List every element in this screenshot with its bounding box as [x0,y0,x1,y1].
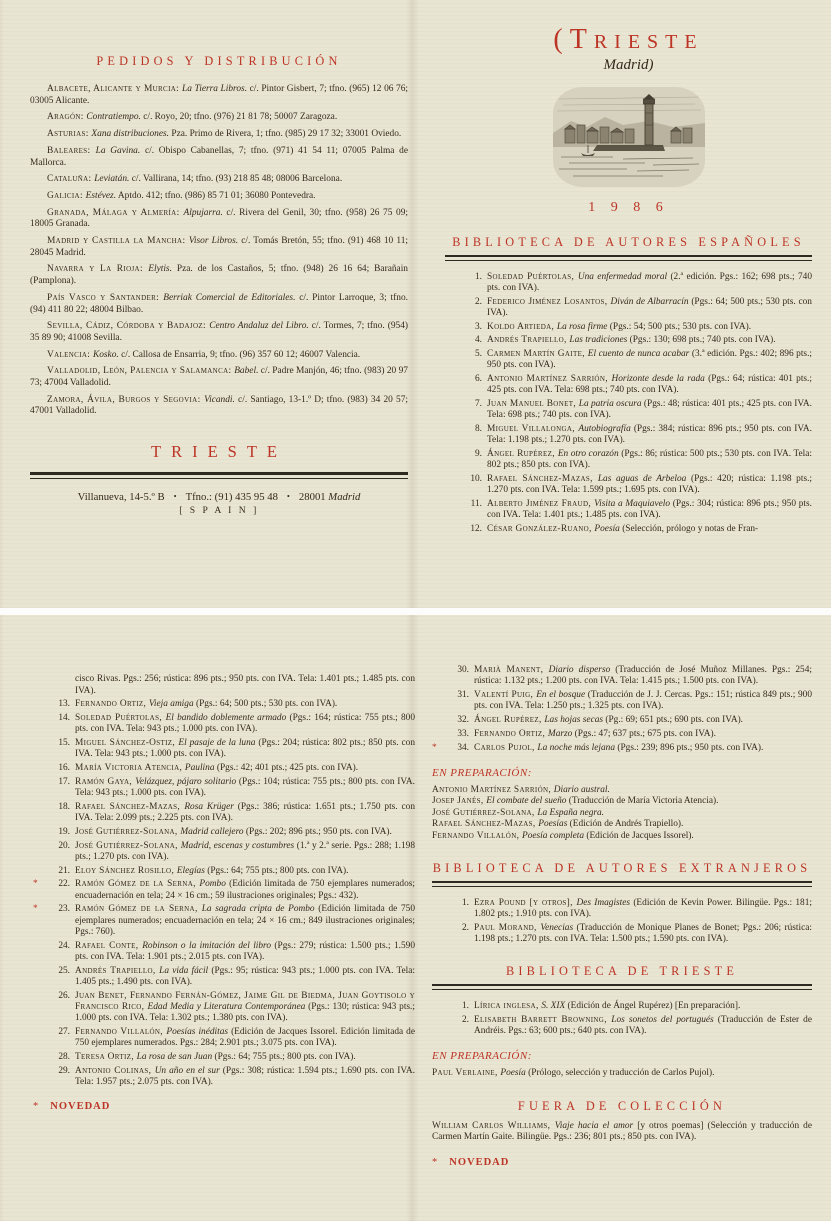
book-entry: Rafael Sánchez-Mazas, Rosa Krüger (Pgs.:… [75,802,415,825]
novelty-star [33,827,43,838]
distribution-region: Albacete, Alicante y Murcia: [47,84,182,94]
distribution-entry: Navarra y La Rioja: Elytis. Pza. de los … [30,264,408,287]
book-title: Vieja amiga [149,699,194,709]
book-author: Lírica inglesa, [474,1001,541,1011]
distribution-entry: País Vasco y Santander: Berriak Comercia… [30,293,408,316]
book-title: La España negra. [537,808,604,818]
distributor-name: La Tierra Libros. [182,84,247,94]
book-details: (Pgs.: 64; 755 pts.; 800 pts. con IVA). [205,866,349,876]
book-item: 28. Teresa Ortiz, La rosa de san Juan (P… [33,1052,415,1063]
book-title: Los sonetos del portugués [611,1015,713,1025]
book-author: Andrés Trapiello, [487,335,569,345]
book-item: 6. Antonio Martínez Sarrión, Horizonte d… [445,374,812,397]
book-author: Rafael Sánchez-Mazas, [75,802,184,812]
book-title: El bandido doblemente armado [166,713,287,723]
book-title: Des Imagistes [576,898,630,908]
distribution-region: Cataluña: [47,174,94,184]
book-title: Poesías [538,819,567,829]
book-author: Marià Manent, [474,665,549,675]
book-author: Valentí Puig, [474,690,536,700]
book-details: (Pgs.: 239; 896 pts.; 950 pts. con IVA). [615,743,763,753]
book-title: Marzo [548,729,572,739]
distribution-region: Baleares: [47,146,96,156]
novelty-star [33,1052,43,1063]
cover-title: (Trieste [445,24,812,56]
preparation-entry: Paul Verlaine, Poesía (Prólogo, selecció… [432,1068,812,1080]
distributor-address: c/. Royo, 20; tfno. (976) 21 81 78; 5000… [141,112,337,122]
distributor-name: Vicandi. [204,395,235,405]
book-author: Fernando Villalón, [75,1027,166,1037]
book-number: 14. [48,713,70,736]
novelty-star [432,1001,442,1012]
book-title: En otro corazón [558,449,619,459]
book-item: 3. Koldo Artieda, La rosa firme (Pgs.: 5… [445,322,812,333]
novelty-star [432,690,442,713]
book-item: 1. Soledad Puértolas, Una enfermedad mor… [445,272,812,295]
book-item: 29. Antonio Colinas, Un año en el sur (P… [33,1066,415,1089]
book-author: Ángel Rupérez, [474,715,544,725]
book-entry: Ramón Gaya, Velázquez, pájaro solitario … [75,777,415,800]
book-title: La sagrada cripta de Pombo [202,904,315,914]
book-number: 5. [460,349,482,372]
book-author: Ángel Rupérez, [487,449,558,459]
book-author: Rafael Sánchez-Mazas, [432,819,538,829]
publisher-address-line: Villanueva, 14-5.º B•Tfno.: (91) 435 95 … [30,491,408,503]
book-number: 13. [48,699,70,710]
novelty-star [432,715,442,726]
book-number: 3. [460,322,482,333]
book-author: Miguel Sánchez-Ostiz, [75,738,178,748]
distribution-entry: Cataluña: Leviatán. c/. Vallirana, 14; t… [30,174,408,186]
book-entry: Miguel Sánchez-Ostiz, El pasaje de la lu… [75,738,415,761]
book-title: La rosa firme [557,322,608,332]
novelty-star [445,399,455,422]
book-title: Viaje hacia el amor [555,1121,633,1131]
novelty-star: * [432,743,442,754]
book-entry: Valentí Puig, En el bosque (Traducción d… [474,690,812,713]
book-author: Ezra Pound [y otros], [474,898,576,908]
section-fuera-header: FUERA DE COLECCIÓN [432,1099,812,1114]
book-item: 2. Elisabeth Barrett Browning, Los sonet… [432,1015,812,1038]
book-details: (Pgs.: 130; 698 pts.; 740 pts. con IVA). [627,335,775,345]
novelty-label: NOVEDAD [50,1101,110,1112]
book-item: 24. Rafael Conte, Robinson o la imitació… [33,941,415,964]
novelty-star [432,1015,442,1038]
distributor-name: Visor Libros. [189,236,238,246]
novelty-star [33,738,43,761]
book-number: 20. [48,841,70,864]
novelty-star [33,1066,43,1089]
book-entry: José Gutiérrez-Solana, Madrid, escenas y… [75,841,415,864]
book-number: 1. [460,272,482,295]
book-title: Las aguas de Arbeloa [598,474,686,484]
book-title: El cuento de nunca acabar [588,349,690,359]
book-details: (Pgs.: 47; 637 pts.; 675 pts. con IVA). [572,729,716,739]
book-title: En el bosque [536,690,585,700]
novelty-star [445,449,455,472]
book-author: Antonio Martínez Sarrión, [432,785,554,795]
book-title: El pasaje de la luna [178,738,255,748]
novelty-star [432,729,442,740]
book-title: Poesías inéditas [166,1027,228,1037]
preparation-entry: Josep Janés, El combate del sueño (Tradu… [432,796,812,808]
book-title: Madrid callejero [180,827,243,837]
novelty-label: NOVEDAD [449,1157,509,1168]
book-number: 27. [48,1027,70,1050]
publisher-rule [30,472,408,479]
book-entry: Marià Manent, Diario disperso (Traducció… [474,665,812,688]
publisher-city: Madrid [328,491,360,503]
book-list-right-column: 30. Marià Manent, Diario disperso (Tradu… [432,665,812,1168]
book-author: Rafael Sánchez-Mazas, [487,474,598,484]
book-item: 8. Miguel Villalonga, Autobiografía (Pgs… [445,424,812,447]
book-entry: Federico Jiménez Losantos, Diván de Alba… [487,297,812,320]
book-author: María Victoria Atencia, [75,763,185,773]
book-entry: María Victoria Atencia, Paulina (Pgs.: 4… [75,763,415,774]
book-item: 33. Fernando Ortiz, Marzo (Pgs.: 47; 637… [432,729,812,740]
distribution-entry: Aragón: Contratiempo. c/. Royo, 20; tfno… [30,112,408,124]
harbor-engraving-illustration [553,87,705,187]
book-entry: César González-Ruano, Poesía (Selección,… [487,524,812,535]
distribution-region: Valladolid, León, Palencia y Salamanca: [47,366,234,376]
book-number: 26. [48,991,70,1025]
novelty-star: * [33,879,43,902]
book-number: 12. [460,524,482,535]
distributor-address: Pza. Primo de Rivera, 1; tfno. (985) 29 … [169,129,401,139]
book-number: 2. [447,923,469,946]
novelty-star [33,941,43,964]
book-title: Horizonte desde la rada [612,374,705,384]
book-item: 15. Miguel Sánchez-Ostiz, El pasaje de l… [33,738,415,761]
book-title: La rosa de san Juan [137,1052,212,1062]
book-item: 1. Lírica inglesa, S. XIX (Edición de Án… [432,1001,812,1012]
publisher-country: [ S P A I N ] [30,505,408,516]
distributor-name: Contratiempo. [86,112,140,122]
book-number: 30. [447,665,469,688]
en-preparacion-trieste-list: Paul Verlaine, Poesía (Prólogo, selecció… [432,1068,812,1080]
bottom-scanned-sheet: cisco Rivas. Pgs.: 256; rústica: 896 pts… [0,615,831,1221]
novelty-star [445,474,455,497]
book-entry: Ángel Rupérez, En otro corazón (Pgs.: 86… [487,449,812,472]
book-title: Rosa Krüger [184,802,234,812]
book-author: Juan Manuel Bonet, [487,399,579,409]
book-entry: Ezra Pound [y otros], Des Imagistes (Edi… [474,898,812,921]
publisher-name: TRIESTE [30,442,408,462]
book-item: 32. Ángel Rupérez, Las hojas secas (Pg.:… [432,715,812,726]
publisher-postal: 28001 [299,491,328,503]
book-item: 1. Ezra Pound [y otros], Des Imagistes (… [432,898,812,921]
en-preparacion-heading: EN PREPARACIÓN: [432,767,812,779]
book-number: 15. [48,738,70,761]
book-title: El combate del sueño [486,796,566,806]
section-extranjeros-heading: BIBLIOTECA DE AUTORES EXTRANJEROS [432,861,812,876]
book-entry: Andrés Trapiello, La vida fácil (Pgs.: 9… [75,966,415,989]
novelty-star [432,923,442,946]
book-author: Eloy Sánchez Rosillo, [75,866,177,876]
section-fuera-heading: FUERA DE COLECCIÓN [432,1099,812,1114]
distribution-entry: Asturias: Xana distribuciones. Pza. Prim… [30,129,408,141]
distribution-entry: Baleares: La Gavina. c/. Obispo Cabanell… [30,146,408,169]
novelty-star [445,499,455,522]
novelty-star [445,322,455,333]
book-details: (Pgs.: 202; 896 pts.; 950 pts. con IVA). [244,827,392,837]
distribution-entry: Sevilla, Cádiz, Córdoba y Badajoz: Centr… [30,321,408,344]
book-item: 25. Andrés Trapiello, La vida fácil (Pgs… [33,966,415,989]
book-details: (Pgs.: 64; 755 pts.; 800 pts. con IVA). [212,1052,356,1062]
book-author: Antonio Colinas, [75,1066,155,1076]
book-number: 21. [48,866,70,877]
en-preparacion-heading: EN PREPARACIÓN: [432,1050,812,1062]
book-title: Un año en el sur [155,1066,220,1076]
book-list-espanoles: 1. Soledad Puértolas, Una enfermedad mor… [445,272,812,536]
book-details: (Pgs.: 64; 500 pts.; 530 pts. con IVA). [194,699,338,709]
book-title: Poesía completa [522,831,584,841]
book-title: S. XIX [541,1001,565,1011]
book-details: (Prólogo, selección y traducción de Carl… [526,1068,715,1078]
section-biblioteca-trieste-heading: BIBLIOTECA DE TRIESTE [432,964,812,979]
novelty-star [445,272,455,295]
book-title: Las hojas secas [544,715,603,725]
fuera-de-coleccion-list: William Carlos Williams, Viaje hacia el … [432,1121,812,1144]
book-number: 24. [48,941,70,964]
book-author: William Carlos Williams, [432,1121,555,1131]
book-author: Federico Jiménez Losantos, [487,297,611,307]
book-item: 14. Soledad Puértolas, El bandido doblem… [33,713,415,736]
distribution-entry: Zamora, Ávila, Burgos y Segovia: Vicandi… [30,395,408,418]
book-entry: José Gutiérrez-Solana, Madrid callejero … [75,827,415,838]
distribution-region: Sevilla, Cádiz, Córdoba y Badajoz: [47,321,209,331]
preparation-entry: Fernando Villalón, Poesía completa (Edic… [432,831,812,843]
book-entry: Ramón Gómez de la Serna, Pombo (Edición … [75,879,415,902]
book-author: Andrés Trapiello, [75,966,159,976]
book-number: 31. [447,690,469,713]
book-item: 12. César González-Ruano, Poesía (Selecc… [445,524,812,535]
book-number: 17. [48,777,70,800]
book-number: 34. [447,743,469,754]
book-details: (Edición de Ángel Rupérez) [En preparaci… [565,1001,740,1011]
book-author: José Gutiérrez-Solana, [75,841,181,851]
distribution-entry: Albacete, Alicante y Murcia: La Tierra L… [30,84,408,107]
book-item: 21. Eloy Sánchez Rosillo, Elegías (Pgs.:… [33,866,415,877]
distribution-region: Zamora, Ávila, Burgos y Segovia: [47,395,204,405]
distributor-name: La Gavina. [96,146,141,156]
book-author: Ramón Gaya, [75,777,135,787]
distributor-address: Aptdo. 412; tfno. (986) 85 71 01; 36080 … [116,191,315,201]
section-espanoles-header: BIBLIOTECA DE AUTORES ESPAÑOLES [445,235,812,261]
distributor-name: Berriak Comercial de Editoriales. [163,293,295,303]
section-rule [432,984,812,990]
book-title: Elegías [177,866,205,876]
distribution-region: Aragón: [47,112,86,122]
book-entry: Fernando Ortiz, Vieja amiga (Pgs.: 64; 5… [75,699,415,710]
book-item: 10. Rafael Sánchez-Mazas, Las aguas de A… [445,474,812,497]
distribution-heading: PEDIDOS Y DISTRIBUCIÓN [30,54,408,69]
novelty-star [445,424,455,447]
novelty-star [445,297,455,320]
book-item: 31. Valentí Puig, En el bosque (Traducci… [432,690,812,713]
distributor-name: Alpujarra. [183,208,222,218]
book-item: 2. Federico Jiménez Losantos, Diván de A… [445,297,812,320]
book-author: Paul Morand, [474,923,540,933]
book-list-30-34: 30. Marià Manent, Diario disperso (Tradu… [432,665,812,754]
book-author: Josep Janés, [432,796,486,806]
book-entry: Teresa Ortiz, La rosa de san Juan (Pgs.:… [75,1052,415,1063]
book-item: 7. Juan Manuel Bonet, La patria oscura (… [445,399,812,422]
book-entry: Andrés Trapiello, Las tradiciones (Pgs.:… [487,335,812,346]
book-author: César González-Ruano, [487,524,594,534]
book-title: Diario austral. [554,785,610,795]
book-entry: Rafael Sánchez-Mazas, Las aguas de Arbel… [487,474,812,497]
distributor-name: Leviatán. [94,174,129,184]
book-details: (Pgs.: 54; 500 pts.; 530 pts. con IVA). [607,322,751,332]
book-author: Antonio Martínez Sarrión, [487,374,612,384]
distributor-name: Centro Andaluz del Libro. [209,321,309,331]
cover-subtitle: Madrid) [445,57,812,74]
novelty-star [33,866,43,877]
book-entry: Ángel Rupérez, Las hojas secas (Pg.: 69;… [474,715,812,726]
book-author: José Gutiérrez-Solana, [75,827,180,837]
book-details: (Pg.: 69; 651 pts.; 690 pts. con IVA). [603,715,743,725]
book-number: 9. [460,449,482,472]
distributor-name: Elytis. [148,264,172,274]
book-number: 10. [460,474,482,497]
book-author: Elisabeth Barrett Browning, [474,1015,611,1025]
bullet-separator-icon: • [287,491,290,501]
book-number: 2. [447,1015,469,1038]
book-title: Venecias [540,923,573,933]
book-author: Carmen Martín Gaite, [487,349,588,359]
top-scanned-sheet: PEDIDOS Y DISTRIBUCIÓN Albacete, Alicant… [0,0,831,608]
book-author: Miguel Villalonga, [487,424,578,434]
distributor-name: Babel. [234,366,258,376]
book-author: Fernando Ortiz, [75,699,149,709]
book-title: Las tradiciones [569,335,627,345]
book-entry: Ramón Gómez de la Serna, La sagrada crip… [75,904,415,938]
book-author: Alberto Jiménez Fraud, [487,499,594,509]
novelty-star [33,1027,43,1050]
book-list-left-column: cisco Rivas. Pgs.: 256; rústica: 896 pts… [33,665,415,1112]
book-entry: Juan Benet, Fernando Fernán-Gómez, Jaime… [75,991,415,1025]
book-item: 2. Paul Morand, Venecias (Traducción de … [432,923,812,946]
book-item: 30. Marià Manent, Diario disperso (Tradu… [432,665,812,688]
section-espanoles-heading: BIBLIOTECA DE AUTORES ESPAÑOLES [445,235,812,250]
book-entry: Fernando Villalón, Poesías inéditas (Edi… [75,1027,415,1050]
distributor-name: Xana distribuciones. [91,129,169,139]
book-entry: Carlos Pujol, La noche más lejana (Pgs.:… [474,743,812,754]
distributor-name: Estévez. [86,191,116,201]
book-author: Paul Verlaine, [432,1068,500,1078]
book-details: (Edición de Andrés Trapiello). [567,819,683,829]
section-extranjeros-header: BIBLIOTECA DE AUTORES EXTRANJEROS [432,861,812,887]
book-author: Carlos Pujol, [474,743,537,753]
book-item: 27. Fernando Villalón, Poesías inéditas … [33,1027,415,1050]
book-number: 32. [447,715,469,726]
book-list-extranjeros: 1. Ezra Pound [y otros], Des Imagistes (… [432,898,812,946]
book-author: Soledad Puértolas, [487,272,578,282]
distribution-region: Asturias: [47,129,91,139]
book-author: Koldo Artieda, [487,322,557,332]
novelty-star [445,349,455,372]
book-item: * 22. Ramón Gómez de la Serna, Pombo (Ed… [33,879,415,902]
book-details: (Edición de Jacques Issorel). [584,831,694,841]
distribution-region: Valencia: [47,350,93,360]
book-item: * 34. Carlos Pujol, La noche más lejana … [432,743,812,754]
book-details: (Traducción de María Victoria Atencia). [566,796,718,806]
distribution-region: Granada, Málaga y Almería: [47,208,183,218]
continuation-text: cisco Rivas. Pgs.: 256; rústica: 896 pts… [75,674,415,697]
book-title: Paulina [185,763,215,773]
novelty-star [33,699,43,710]
book-author: Soledad Puértolas, [75,713,166,723]
book-number: 4. [460,335,482,346]
novelty-star [33,802,43,825]
distribution-entry: Granada, Málaga y Almería: Alpujarra. c/… [30,208,408,231]
book-item: 17. Ramón Gaya, Velázquez, pájaro solita… [33,777,415,800]
book-entry: Koldo Artieda, La rosa firme (Pgs.: 54; … [487,322,812,333]
novelty-star [445,374,455,397]
book-item: 20. José Gutiérrez-Solana, Madrid, escen… [33,841,415,864]
novelty-star: * [33,904,43,938]
catalog-scan-page: PEDIDOS Y DISTRIBUCIÓN Albacete, Alicant… [0,0,831,1221]
book-title: La noche más lejana [537,743,615,753]
book-entry: Juan Manuel Bonet, La patria oscura (Pgs… [487,399,812,422]
section-biblioteca-trieste-header: BIBLIOTECA DE TRIESTE [432,964,812,990]
novelty-star: * [33,1101,38,1112]
book-item: 11. Alberto Jiménez Fraud, Visita a Maqu… [445,499,812,522]
book-item: 26. Juan Benet, Fernando Fernán-Gómez, J… [33,991,415,1025]
novelty-star [33,777,43,800]
novelty-star: * [432,1157,437,1168]
book-entry: Elisabeth Barrett Browning, Los sonetos … [474,1015,812,1038]
book-title: Poesía [594,524,619,534]
book-author: Teresa Ortiz, [75,1052,137,1062]
novelty-star [33,841,43,864]
book-title: Robinson o la imitación del libro [142,941,271,951]
book-number: 1. [447,898,469,921]
novelty-star [33,763,43,774]
book-author: Rafael Conte, [75,941,142,951]
section-rule [445,255,812,261]
preparation-entry: Rafael Sánchez-Mazas, Poesías (Edición d… [432,819,812,831]
book-list-13-29: 13. Fernando Ortiz, Vieja amiga (Pgs.: 6… [33,699,415,1088]
book-number: 7. [460,399,482,422]
book-title: Visita a Maquiavelo [594,499,670,509]
distribution-column: PEDIDOS Y DISTRIBUCIÓN Albacete, Alicant… [30,54,408,516]
book-title: Diario disperso [549,665,611,675]
book-author: Ramón Gómez de la Serna, [75,879,199,889]
distribution-entry: Galicia: Estévez. Aptdo. 412; tfno. (986… [30,191,408,203]
book-author: José Gutiérrez-Solana, [432,808,537,818]
publisher-phone: Tfno.: (91) 435 95 48 [186,491,278,503]
book-entry: Soledad Puértolas, El bandido doblemente… [75,713,415,736]
book-entry: Paul Morand, Venecias (Traducción de Mon… [474,923,812,946]
catalog-year: 1 9 8 6 [445,200,812,216]
book-number: 29. [48,1066,70,1089]
book-number: 6. [460,374,482,397]
distributor-address: c/. Vallirana, 14; tfno. (93) 218 85 48;… [129,174,342,184]
novelty-star [445,524,455,535]
preparation-entry: José Gutiérrez-Solana, La España negra. [432,808,812,820]
fuera-entry: William Carlos Williams, Viaje hacia el … [432,1121,812,1144]
publisher-street: Villanueva, 14-5.º B [78,491,165,503]
book-entry: Antonio Colinas, Un año en el sur (Pgs.:… [75,1066,415,1089]
book-title: Diván de Albarracín [611,297,689,307]
book-entry: Antonio Martínez Sarrión, Horizonte desd… [487,374,812,397]
book-entry: Rafael Conte, Robinson o la imitación de… [75,941,415,964]
book-details: (Selección, prólogo y notas de Fran- [620,524,758,534]
book-number: 25. [48,966,70,989]
book-entry: Miguel Villalonga, Autobiografía (Pgs.: … [487,424,812,447]
